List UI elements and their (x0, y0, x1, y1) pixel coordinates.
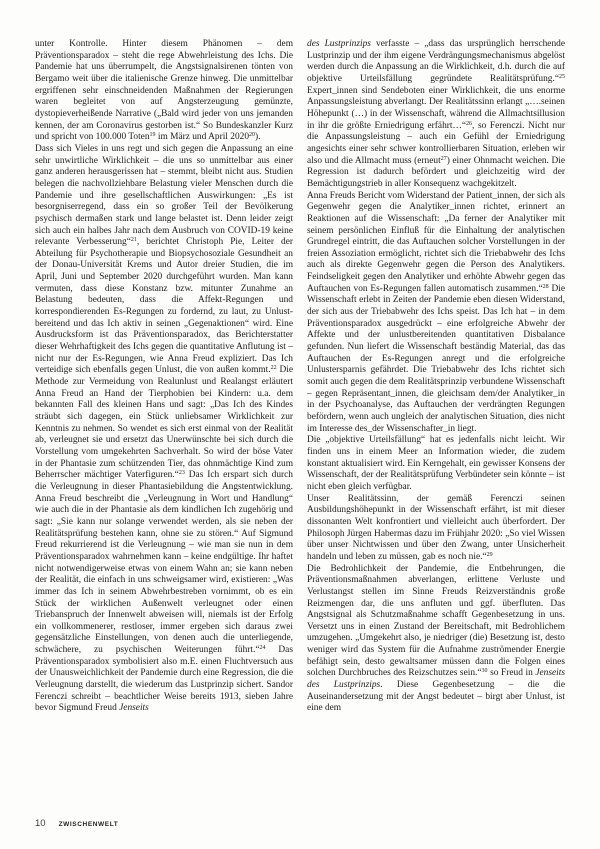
paragraph: Unser Realitätssinn, der gemäß Ferenczi … (307, 494, 565, 564)
paragraph: des Lustprinzips verfasste – „dass das u… (307, 39, 565, 191)
footnote-marker: 27 (441, 156, 447, 162)
footnote-marker: 25 (559, 74, 565, 80)
text-run: Unser Realitätssinn, der gemäß Ferenczi … (307, 494, 565, 562)
text-run: unter Kontrolle. Hinter diesem Phänomen … (35, 39, 293, 142)
text-run: Die Methode zur Vermeidung von Realunlus… (35, 365, 293, 480)
document-page: unter Kontrolle. Hinter diesem Phänomen … (0, 0, 600, 849)
text-run: ). (255, 132, 260, 142)
book-title: Jenseits (119, 703, 149, 713)
text-run: Dass sich Vieles in uns regt und sich ge… (35, 144, 293, 247)
text-run: im März und April 2020 (156, 132, 249, 142)
footnote-marker: 30 (482, 668, 488, 674)
paragraph: Die Bedrohlichkeit der Pandemie, die Ent… (307, 564, 565, 716)
footnote-marker: 22 (271, 365, 277, 371)
text-column-right: des Lustprinzips verfasste – „dass das u… (307, 39, 565, 814)
page-number: 10 (35, 818, 46, 829)
text-column-left: unter Kontrolle. Hinter diesem Phänomen … (35, 39, 293, 814)
text-run: Die Bedrohlichkeit der Pandemie, die Ent… (307, 564, 565, 679)
footnote-marker: 24 (260, 645, 266, 651)
text-run: Die „objektive Urteilsfällung“ hat es je… (307, 435, 565, 492)
text-run: so Freud in (488, 668, 536, 678)
paragraph: Die „objektive Urteilsfällung“ hat es je… (307, 435, 565, 493)
paragraph: Anna Freuds Bericht vom Widerstand der P… (307, 191, 565, 436)
book-title: des Lustprinzips (307, 39, 371, 49)
text-run: Die Wissenschaft erlebt in Zeiten der Pa… (307, 284, 565, 434)
text-body: unter Kontrolle. Hinter diesem Phänomen … (35, 39, 565, 814)
footnote-marker: 29 (487, 552, 493, 558)
footnote-marker: 21 (131, 237, 137, 243)
footnote-marker: 26 (466, 121, 472, 127)
footnote-marker: 20 (249, 132, 255, 138)
paragraph: Dass sich Vieles in uns regt und sich ge… (35, 144, 293, 715)
paragraph: unter Kontrolle. Hinter diesem Phänomen … (35, 39, 293, 144)
text-run: Das Präventionsparadox symbolisiert also… (35, 645, 293, 713)
text-run: , berichtet Christoph Pie, Leiter der Ab… (35, 237, 293, 375)
text-run: Das Ich erspart sich durch die Verleugnu… (35, 470, 293, 655)
text-run: Anna Freuds Bericht vom Widerstand der P… (307, 191, 565, 294)
journal-name: ZWISCHENWELT (59, 821, 119, 828)
footnote-marker: 28 (543, 284, 549, 290)
footnote-marker: 23 (179, 470, 185, 476)
page-footer: 10 ZWISCHENWELT (35, 818, 118, 829)
footnote-marker: 19 (150, 132, 156, 138)
